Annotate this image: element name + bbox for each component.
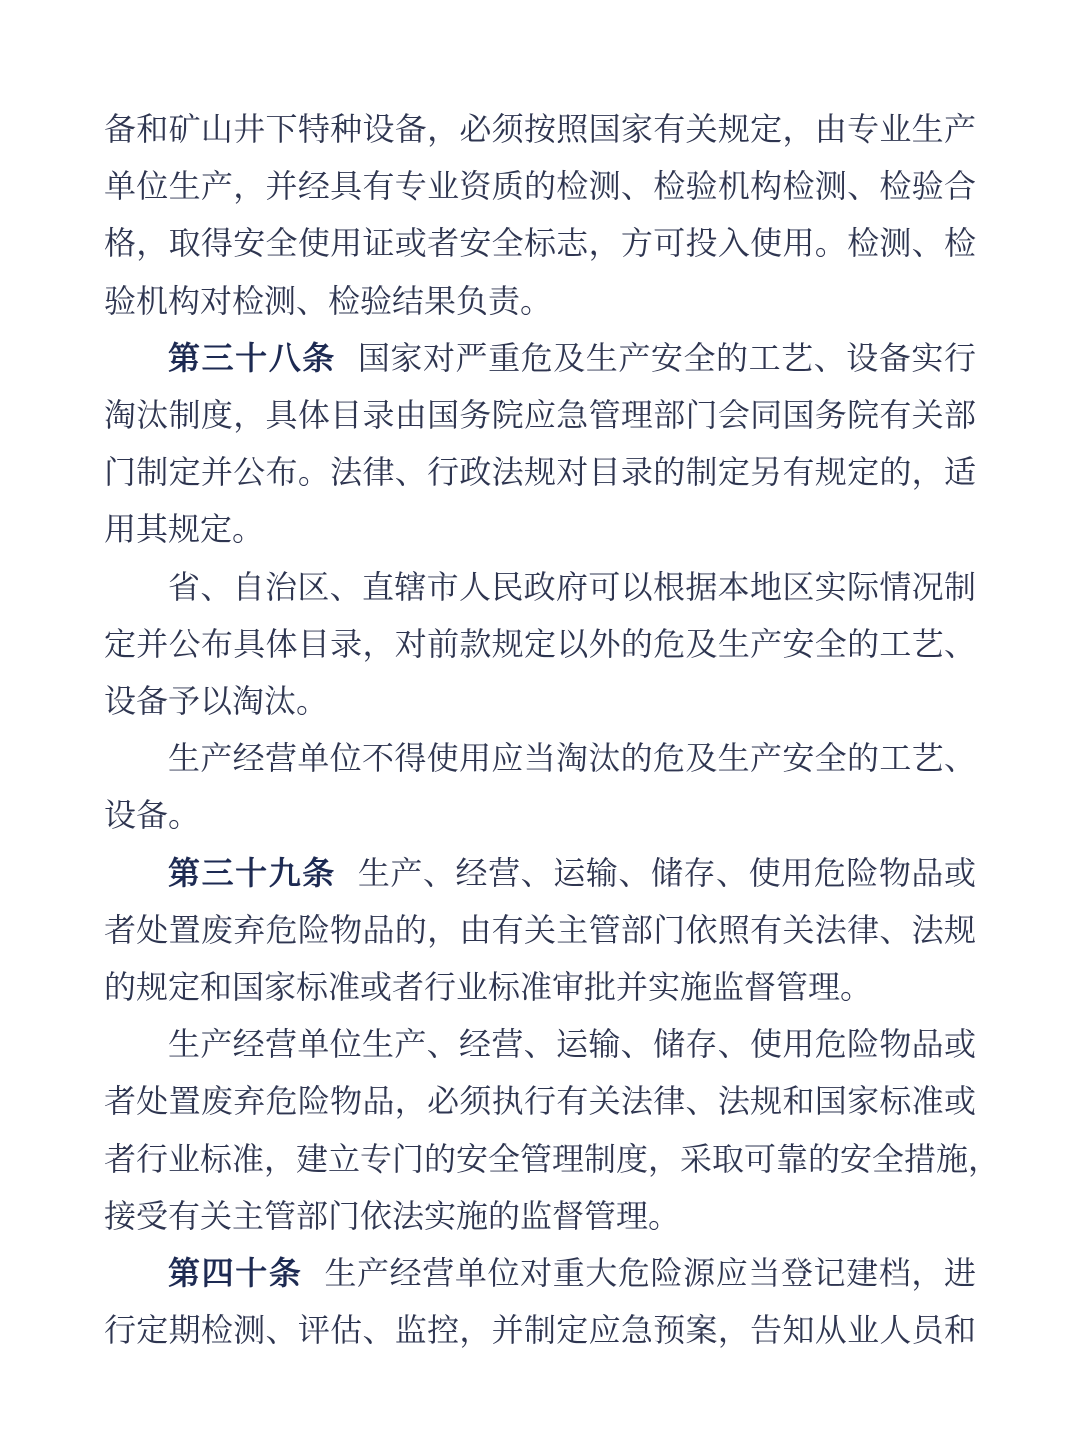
article-number-label: 第三十八条 <box>168 339 336 377</box>
text-line: 淘汰制度，具体目录由国务院应急管理部门会同国务院有关部 <box>104 387 976 444</box>
text-line: 验机构对检测、检验结果负责。 <box>104 273 976 330</box>
text-line: 设备予以淘汰。 <box>104 673 976 730</box>
text-line: 的规定和国家标准或者行业标准审批并实施监督管理。 <box>104 959 976 1016</box>
text-line: 定并公布具体目录，对前款规定以外的危及生产安全的工艺、 <box>104 616 976 673</box>
text-line: 第四十条生产经营单位对重大危险源应当登记建档，进 <box>104 1245 976 1302</box>
paragraph: 省、自治区、直辖市人民政府可以根据本地区实际情况制 定并公布具体目录，对前款规定… <box>104 559 976 731</box>
paragraph: 生产经营单位生产、经营、运输、储存、使用危险物品或 者处置废弃危险物品，必须执行… <box>104 1016 976 1245</box>
text-line: 生产经营单位生产、经营、运输、储存、使用危险物品或 <box>104 1016 976 1073</box>
text-line: 门制定并公布。法律、行政法规对目录的制定另有规定的，适 <box>104 444 976 501</box>
article-number-label: 第三十九条 <box>168 854 336 892</box>
text-line: 者处置废弃危险物品的，由有关主管部门依照有关法律、法规 <box>104 902 976 959</box>
paragraph-article-39: 第三十九条生产、经营、运输、储存、使用危险物品或 者处置废弃危险物品的，由有关主… <box>104 845 976 1017</box>
line-text: 生产、经营、运输、储存、使用危险物品或 <box>358 854 976 892</box>
text-line: 格，取得安全使用证或者安全标志，方可投入使用。检测、检 <box>104 215 976 272</box>
text-line: 者处置废弃危险物品，必须执行有关法律、法规和国家标准或 <box>104 1073 976 1130</box>
text-line: 备和矿山井下特种设备，必须按照国家有关规定，由专业生产 <box>104 101 976 158</box>
document-page: 备和矿山井下特种设备，必须按照国家有关规定，由专业生产 单位生产，并经具有专业资… <box>0 0 1080 1448</box>
article-number-label: 第四十条 <box>168 1254 302 1292</box>
text-line: 接受有关主管部门依法实施的监督管理。 <box>104 1188 976 1245</box>
text-line: 者行业标准，建立专门的安全管理制度，采取可靠的安全措施， <box>104 1131 976 1188</box>
line-text: 生产经营单位对重大危险源应当登记建档，进 <box>324 1254 976 1292</box>
text-line: 省、自治区、直辖市人民政府可以根据本地区实际情况制 <box>104 559 976 616</box>
paragraph: 生产经营单位不得使用应当淘汰的危及生产安全的工艺、 设备。 <box>104 730 976 844</box>
text-line: 生产经营单位不得使用应当淘汰的危及生产安全的工艺、 <box>104 730 976 787</box>
paragraph-article-38: 第三十八条国家对严重危及生产安全的工艺、设备实行 淘汰制度，具体目录由国务院应急… <box>104 330 976 559</box>
text-line: 行定期检测、评估、监控，并制定应急预案，告知从业人员和 <box>104 1302 976 1359</box>
paragraph-article-40: 第四十条生产经营单位对重大危险源应当登记建档，进 行定期检测、评估、监控，并制定… <box>104 1245 976 1359</box>
text-line: 设备。 <box>104 787 976 844</box>
line-text: 国家对严重危及生产安全的工艺、设备实行 <box>358 339 976 377</box>
text-line: 第三十九条生产、经营、运输、储存、使用危险物品或 <box>104 845 976 902</box>
text-line: 第三十八条国家对严重危及生产安全的工艺、设备实行 <box>104 330 976 387</box>
text-line: 用其规定。 <box>104 501 976 558</box>
text-line: 单位生产，并经具有专业资质的检测、检验机构检测、检验合 <box>104 158 976 215</box>
paragraph: 备和矿山井下特种设备，必须按照国家有关规定，由专业生产 单位生产，并经具有专业资… <box>104 101 976 330</box>
